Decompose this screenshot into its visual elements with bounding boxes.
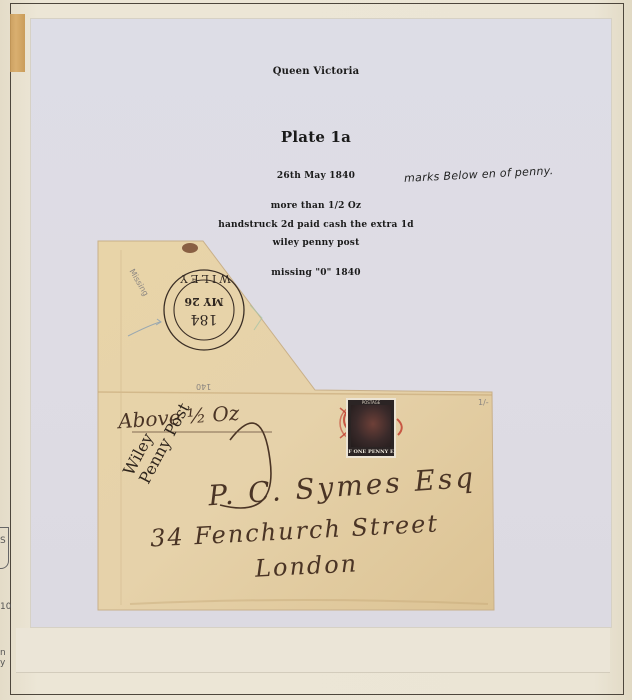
stamp-value-label: F ONE PENNY E [348, 448, 394, 456]
pencil-mark: 140 [196, 382, 211, 391]
pencil-mark: 1/- [478, 398, 489, 407]
cover-envelope: 184 MY 26 WILEY [0, 0, 632, 700]
svg-text:MY 26: MY 26 [184, 295, 224, 308]
address-line: London [254, 549, 358, 582]
svg-text:184: 184 [191, 311, 218, 327]
queen-portrait-icon [351, 405, 391, 447]
svg-text:WILEY: WILEY [177, 272, 230, 285]
penny-black-stamp: POSTAGE F ONE PENNY E [346, 398, 396, 458]
